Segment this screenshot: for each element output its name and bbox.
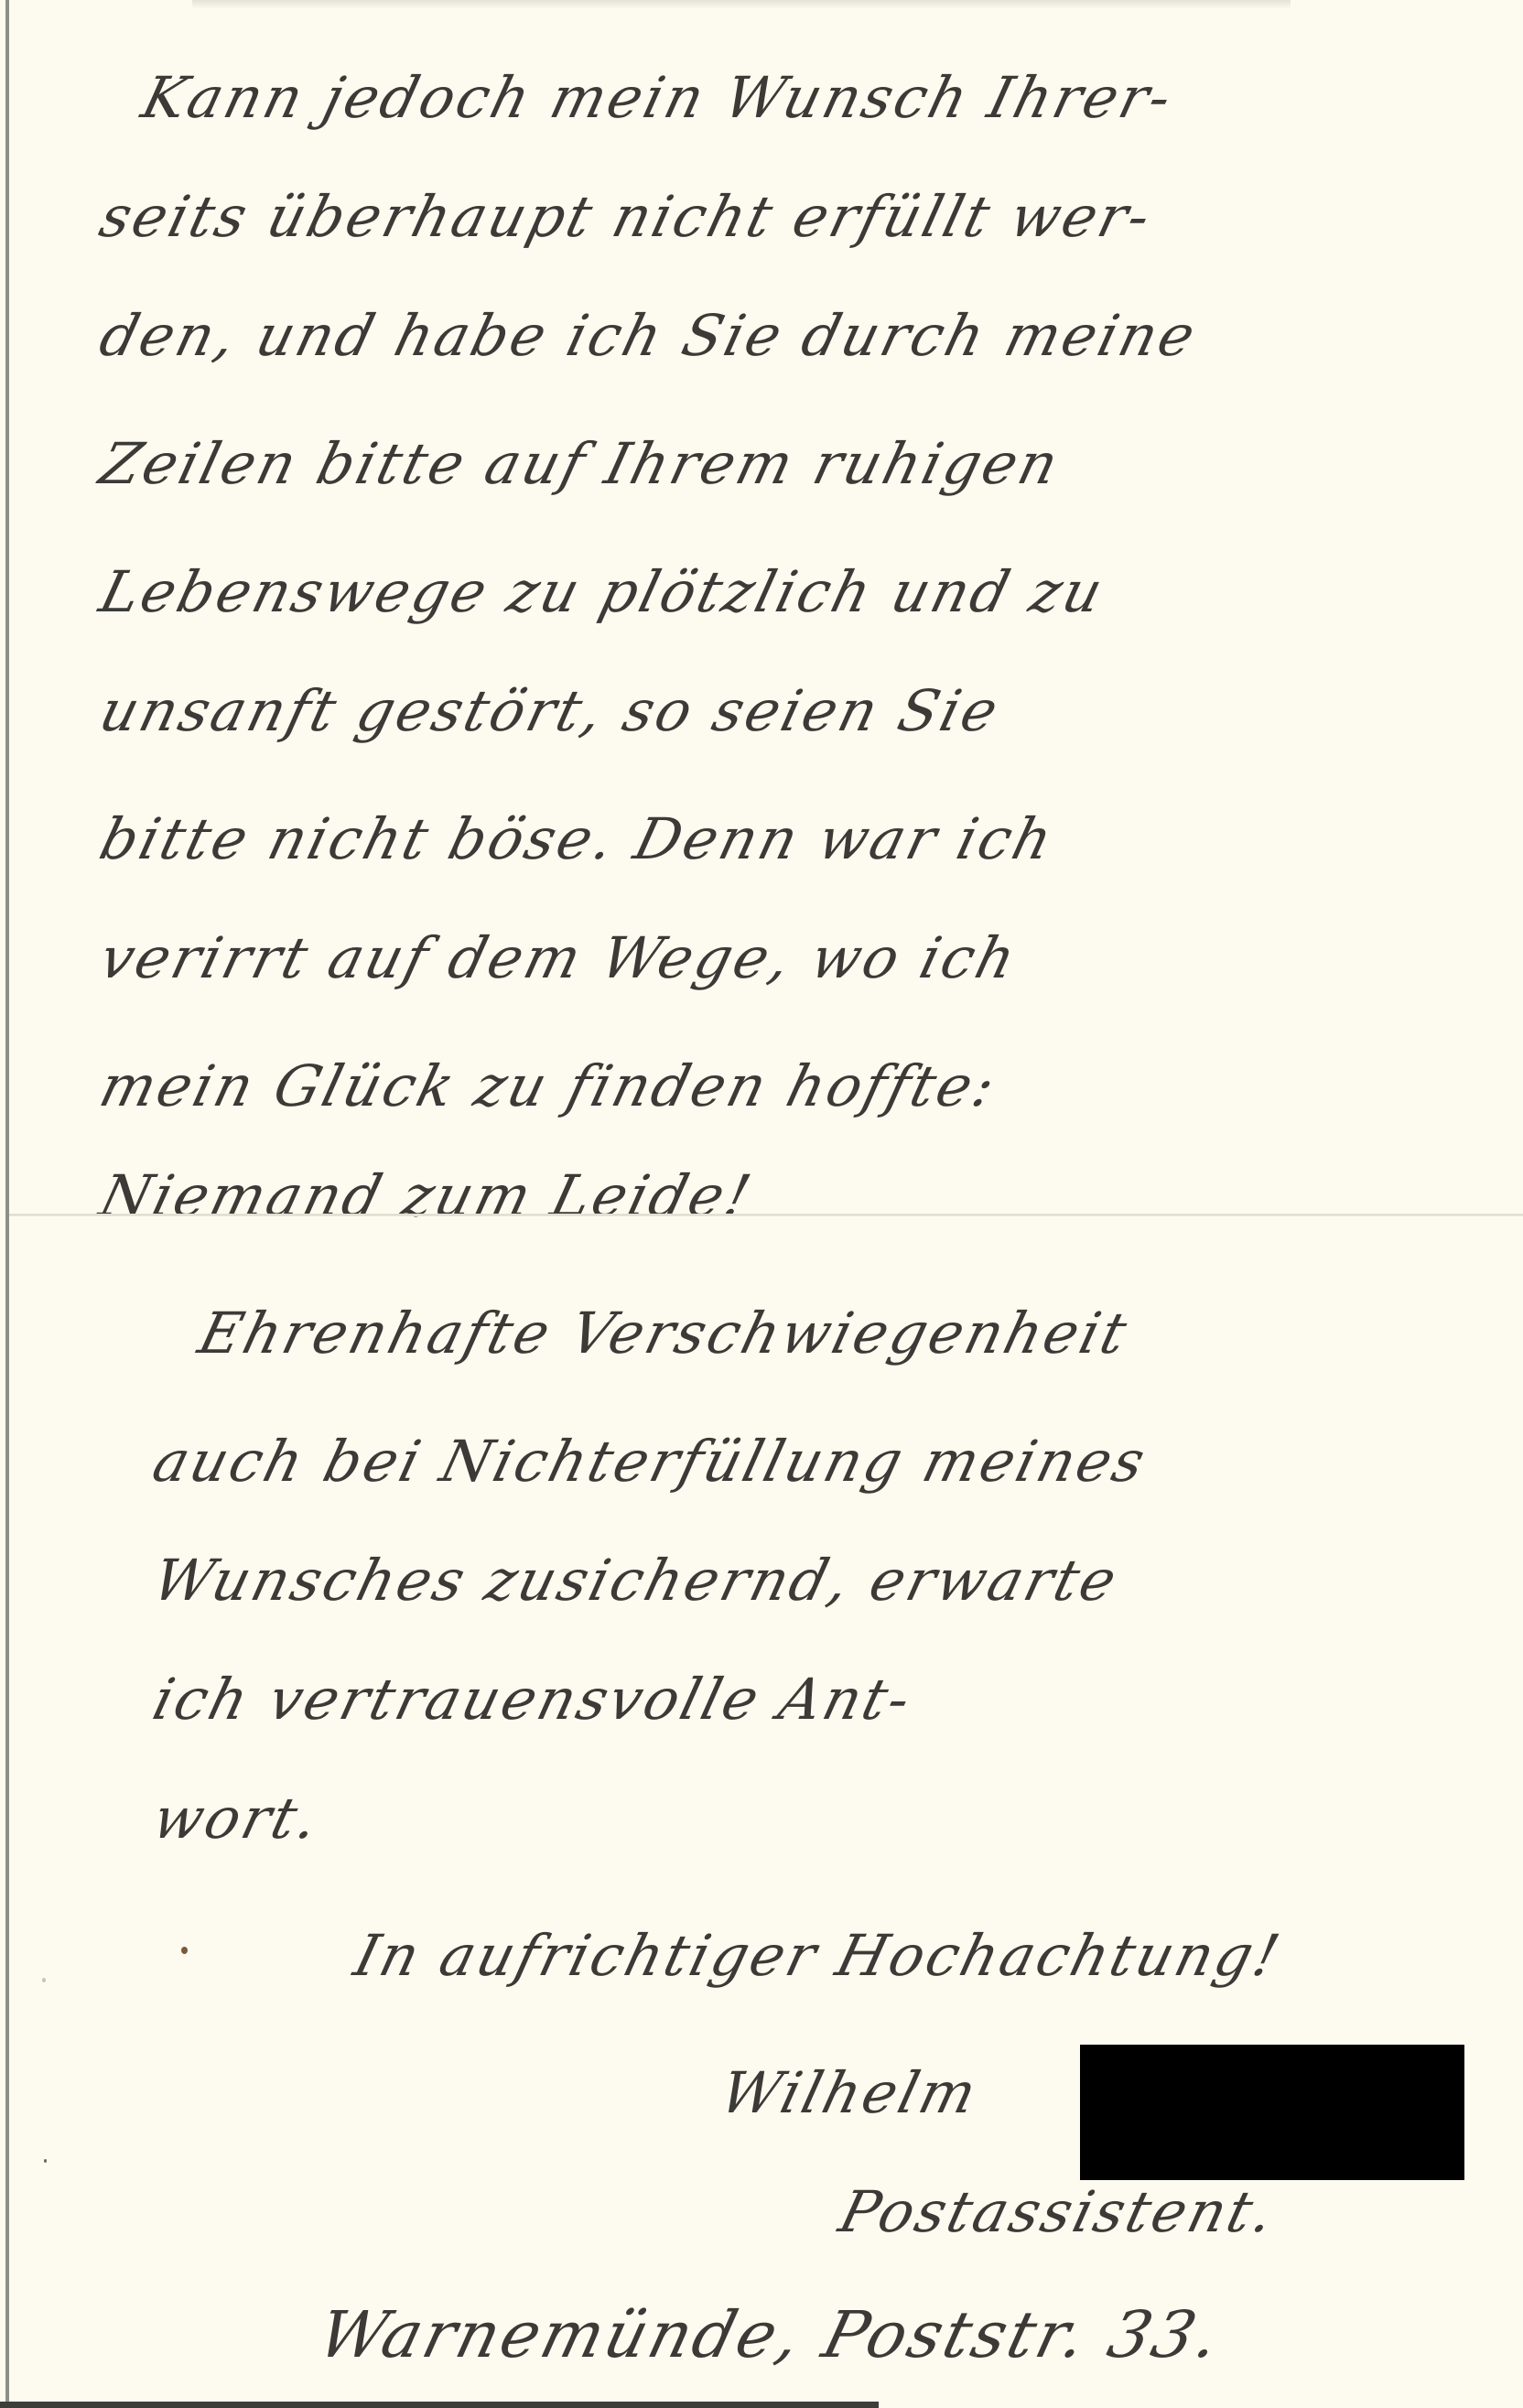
- redacted-surname: [1080, 2045, 1464, 2180]
- sender-address: Warnemünde, Poststr. 33.: [311, 2297, 1229, 2372]
- signature-title: Postassistent.: [833, 2178, 1283, 2245]
- letter-line-3: den, und habe ich Sie durch meine: [93, 302, 1204, 369]
- letter-line-12: auch bei Nichterfüllung meines: [146, 1428, 1154, 1495]
- letter-line-15: wort.: [146, 1785, 328, 1852]
- letter-line-6: unsanft gestört, so seien Sie: [93, 677, 1007, 744]
- signature-first-name: Wilhelm: [714, 2059, 986, 2126]
- letter-page: Kann jedoch mein Wunsch Ihrer- seits übe…: [5, 0, 1523, 2402]
- scan-bottom-edge: [0, 2402, 879, 2408]
- letter-line-9: mein Glück zu finden hoffte:: [93, 1053, 1004, 1119]
- paper-fold-line: [9, 1214, 1523, 1216]
- letter-line-8: verirrt auf dem Wege, wo ich: [93, 924, 1024, 991]
- letter-line-4: Zeilen bitte auf Ihrem ruhigen: [93, 430, 1067, 497]
- letter-line-7: bitte nicht böse. Denn war ich: [93, 805, 1062, 872]
- letter-line-11: Ehrenhafte Verschwiegenheit: [192, 1300, 1136, 1366]
- torn-top-edge: [192, 0, 1291, 9]
- letter-closing: In aufrichtiger Hochachtung!: [348, 1922, 1289, 1989]
- letter-line-1: Kann jedoch mein Wunsch Ihrer-: [135, 64, 1181, 131]
- letter-line-5: Lebenswege zu plötzlich und zu: [93, 558, 1112, 625]
- letter-line-13: Wunsches zusichernd, erwarte: [146, 1547, 1126, 1614]
- letter-line-14: ich vertrauensvolle Ant-: [146, 1666, 920, 1733]
- letter-line-10: Niemand zum Leide!: [93, 1162, 760, 1229]
- letter-line-2: seits überhaupt nicht erfüllt wer-: [93, 183, 1160, 250]
